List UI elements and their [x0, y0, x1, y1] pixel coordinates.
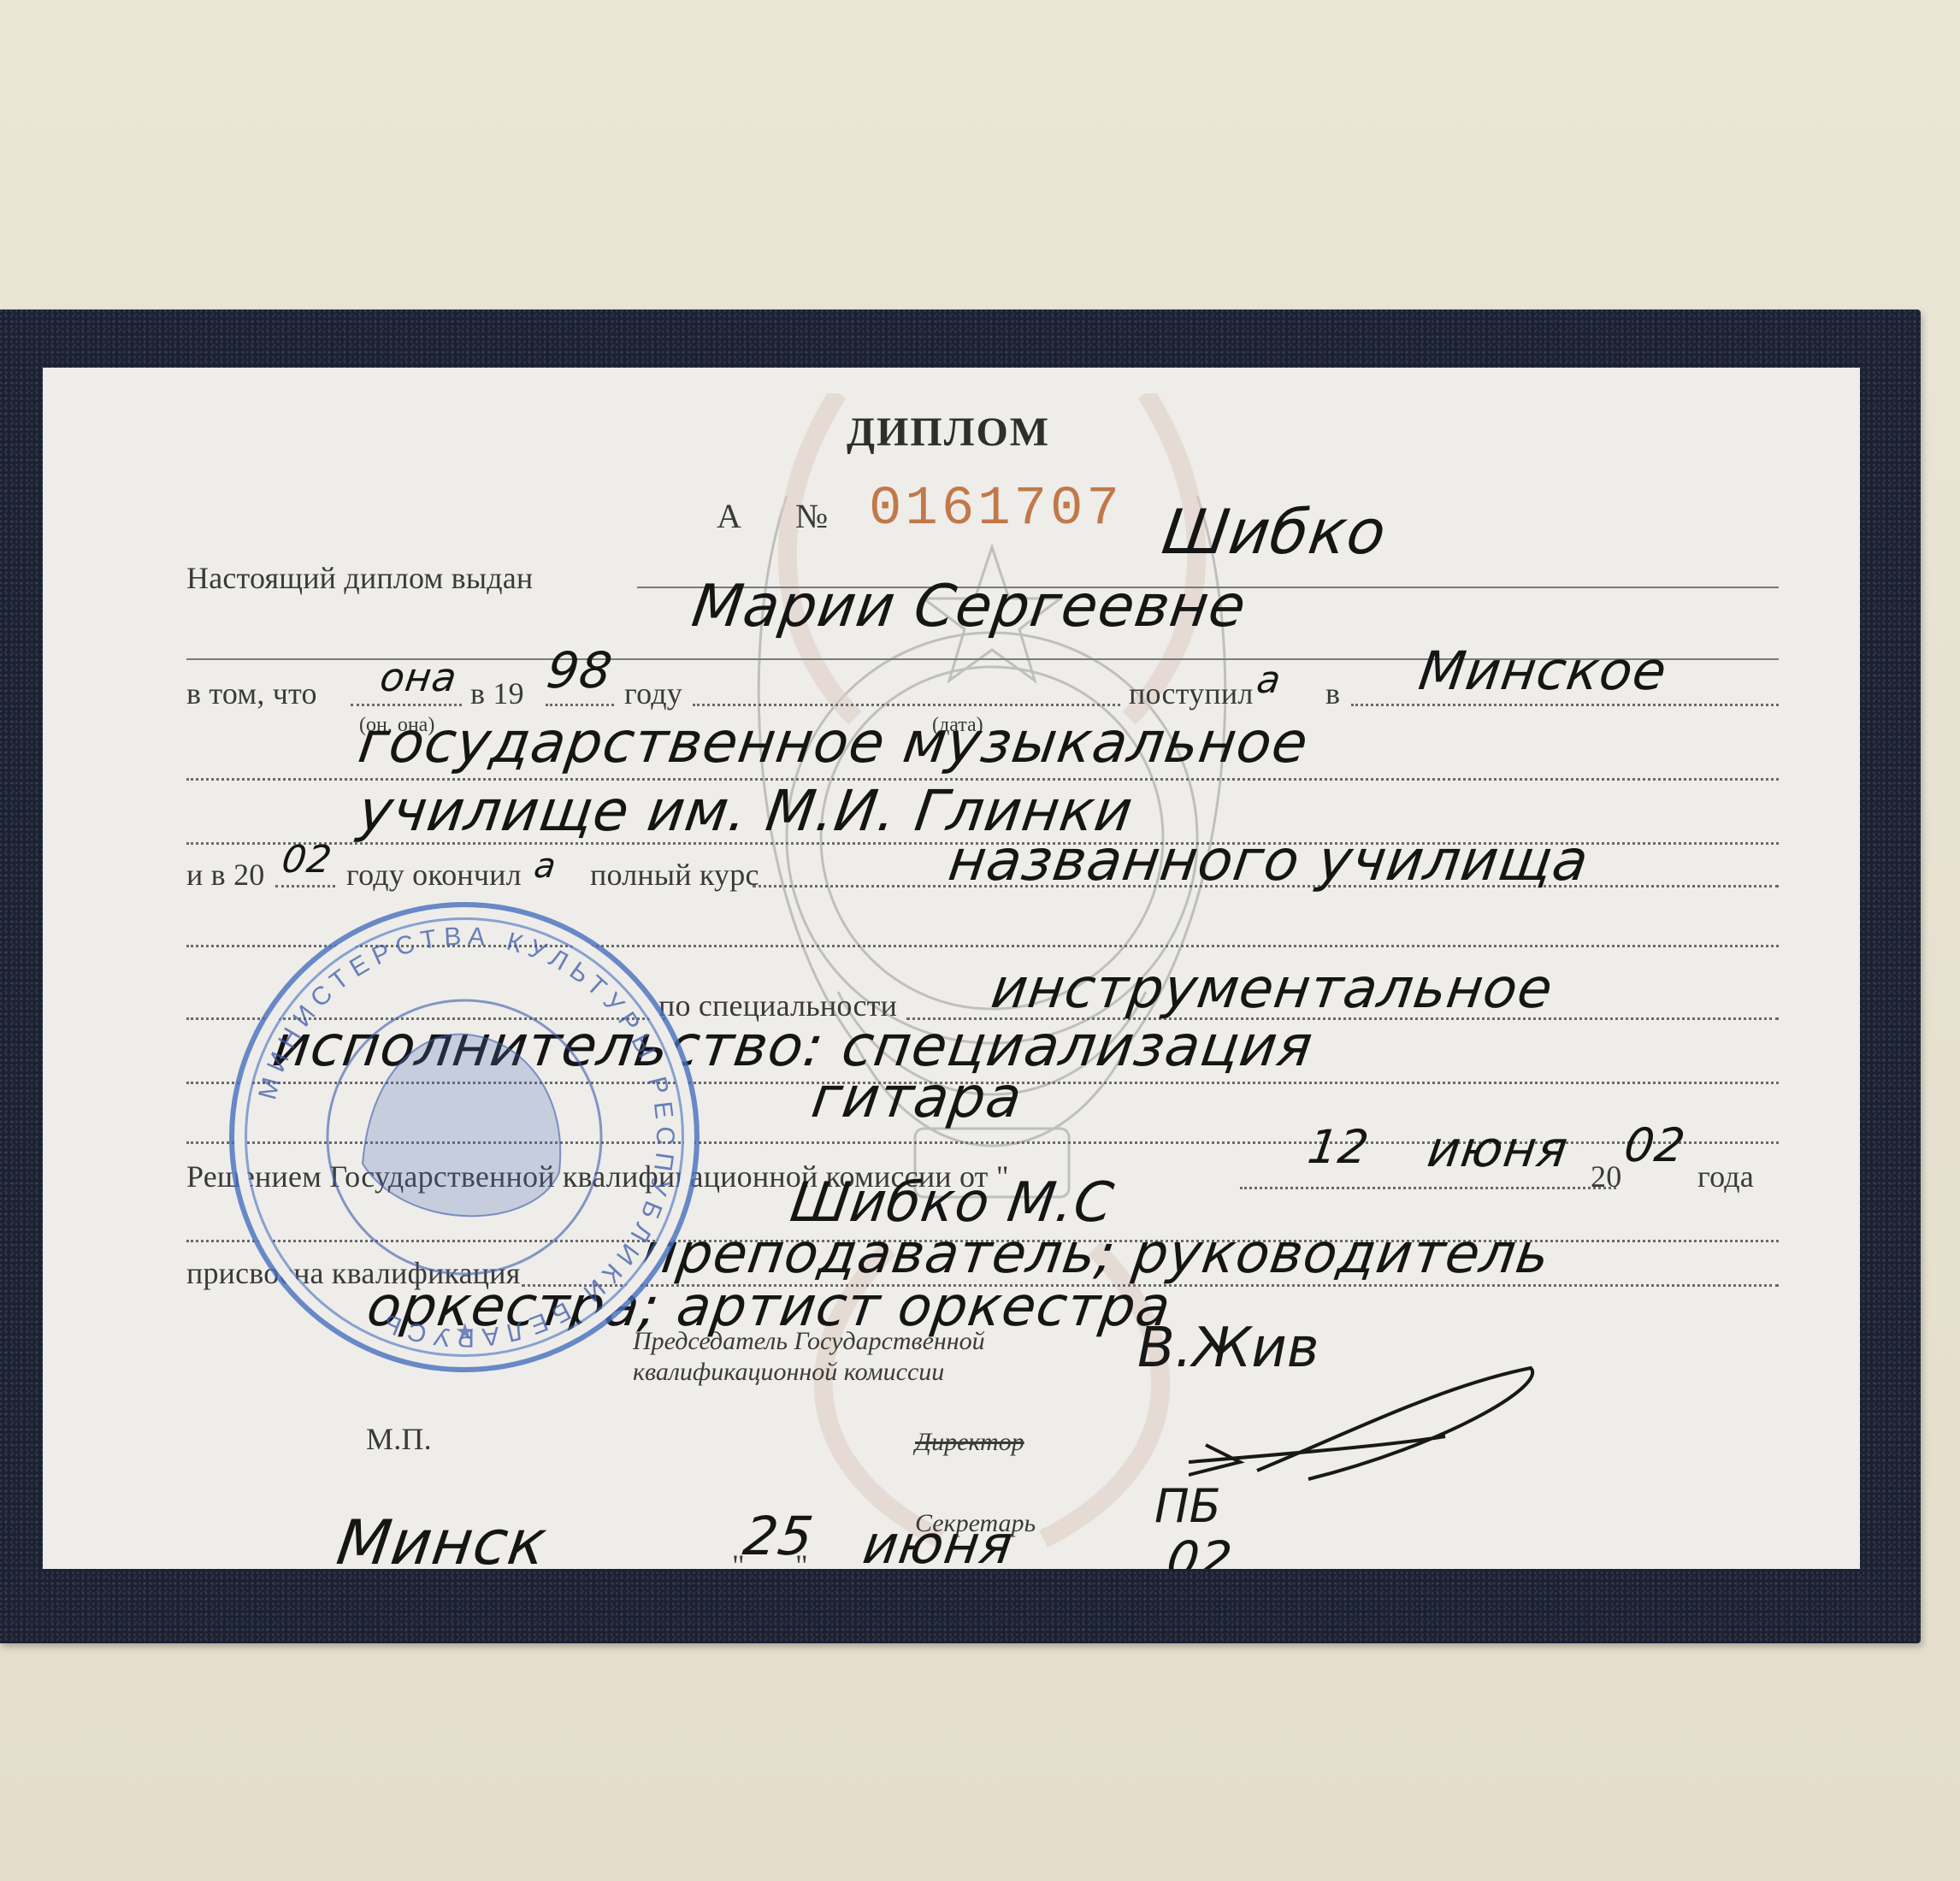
hand-issue-year: 02: [1163, 1530, 1236, 1569]
year-suffix: года: [1697, 1159, 1754, 1194]
hand-name: Марии Сергеевне: [688, 573, 1250, 640]
dots: [693, 704, 1120, 706]
hand-specialty-3: гитара: [808, 1064, 1027, 1130]
hand-city: Минск: [333, 1507, 552, 1569]
in-year-19-label: в 19: [470, 675, 524, 711]
hand-decision-day: 12: [1305, 1120, 1373, 1174]
hand-specialty-2: исполнительство: специализация: [269, 1013, 1318, 1079]
number-sign: №: [795, 496, 828, 536]
in-prep: в: [1325, 675, 1340, 711]
dots: [546, 704, 614, 706]
hand-institution-1: Минское: [1415, 640, 1671, 702]
year-20-label: 20: [1591, 1159, 1621, 1194]
year-suffix-b: года.: [1227, 1563, 1291, 1569]
hand-course-of: названного училища: [945, 828, 1593, 893]
hand-surname: Шибко: [1158, 496, 1391, 568]
chairman-label-1: Председатель Государственной: [633, 1327, 985, 1356]
hand-issue-month: июня: [859, 1513, 1018, 1569]
hand-institution-2: государственное музыкальное: [355, 710, 1313, 775]
hand-specialty-1: инструментальное: [988, 958, 1557, 1021]
full-course-label: полный курс: [590, 857, 759, 893]
and-in-20-label: и в 20: [186, 857, 264, 893]
year-finished-label: году окончил: [346, 857, 522, 893]
hand-decision-month: июня: [1424, 1120, 1572, 1178]
dots: [1240, 1187, 1616, 1189]
city-label: Город: [186, 1563, 263, 1569]
hand-pronoun: она: [377, 654, 460, 700]
chairman-label-2: квалификационной комиссии: [633, 1358, 944, 1387]
dots: [1351, 704, 1779, 706]
secretary-signature: ПБ: [1154, 1479, 1221, 1533]
dots: [351, 704, 462, 706]
hand-enroll-year: 98: [543, 641, 616, 699]
year-word: году: [624, 675, 682, 711]
year-20-label-b: 20: [1129, 1563, 1160, 1569]
issued-to-label: Настоящий диплом выдан: [186, 560, 533, 596]
hand-decision-year: 02: [1621, 1118, 1690, 1172]
signature-flourish-icon: [1189, 1351, 1548, 1505]
serial-number: 0161707: [869, 479, 1123, 540]
seal-place-label: М.П.: [366, 1421, 432, 1457]
series-letter: А: [717, 496, 741, 536]
quote-close: ": [795, 1548, 808, 1569]
enrolled-label: поступил: [1129, 675, 1254, 711]
hand-grad-suffix: а: [532, 846, 559, 886]
dots: [275, 885, 335, 887]
diploma-page: ДИПЛОМ А № 0161707 Настоящий диплом выда…: [43, 368, 1860, 1569]
in-that-label: в том, что: [186, 675, 317, 711]
hand-grad-year: 02: [279, 838, 334, 882]
hand-enroll-suffix: а: [1254, 658, 1284, 702]
diploma-title: ДИПЛОМ: [847, 409, 1050, 456]
director-label: Директор: [915, 1428, 1024, 1457]
dots: [186, 945, 1779, 947]
